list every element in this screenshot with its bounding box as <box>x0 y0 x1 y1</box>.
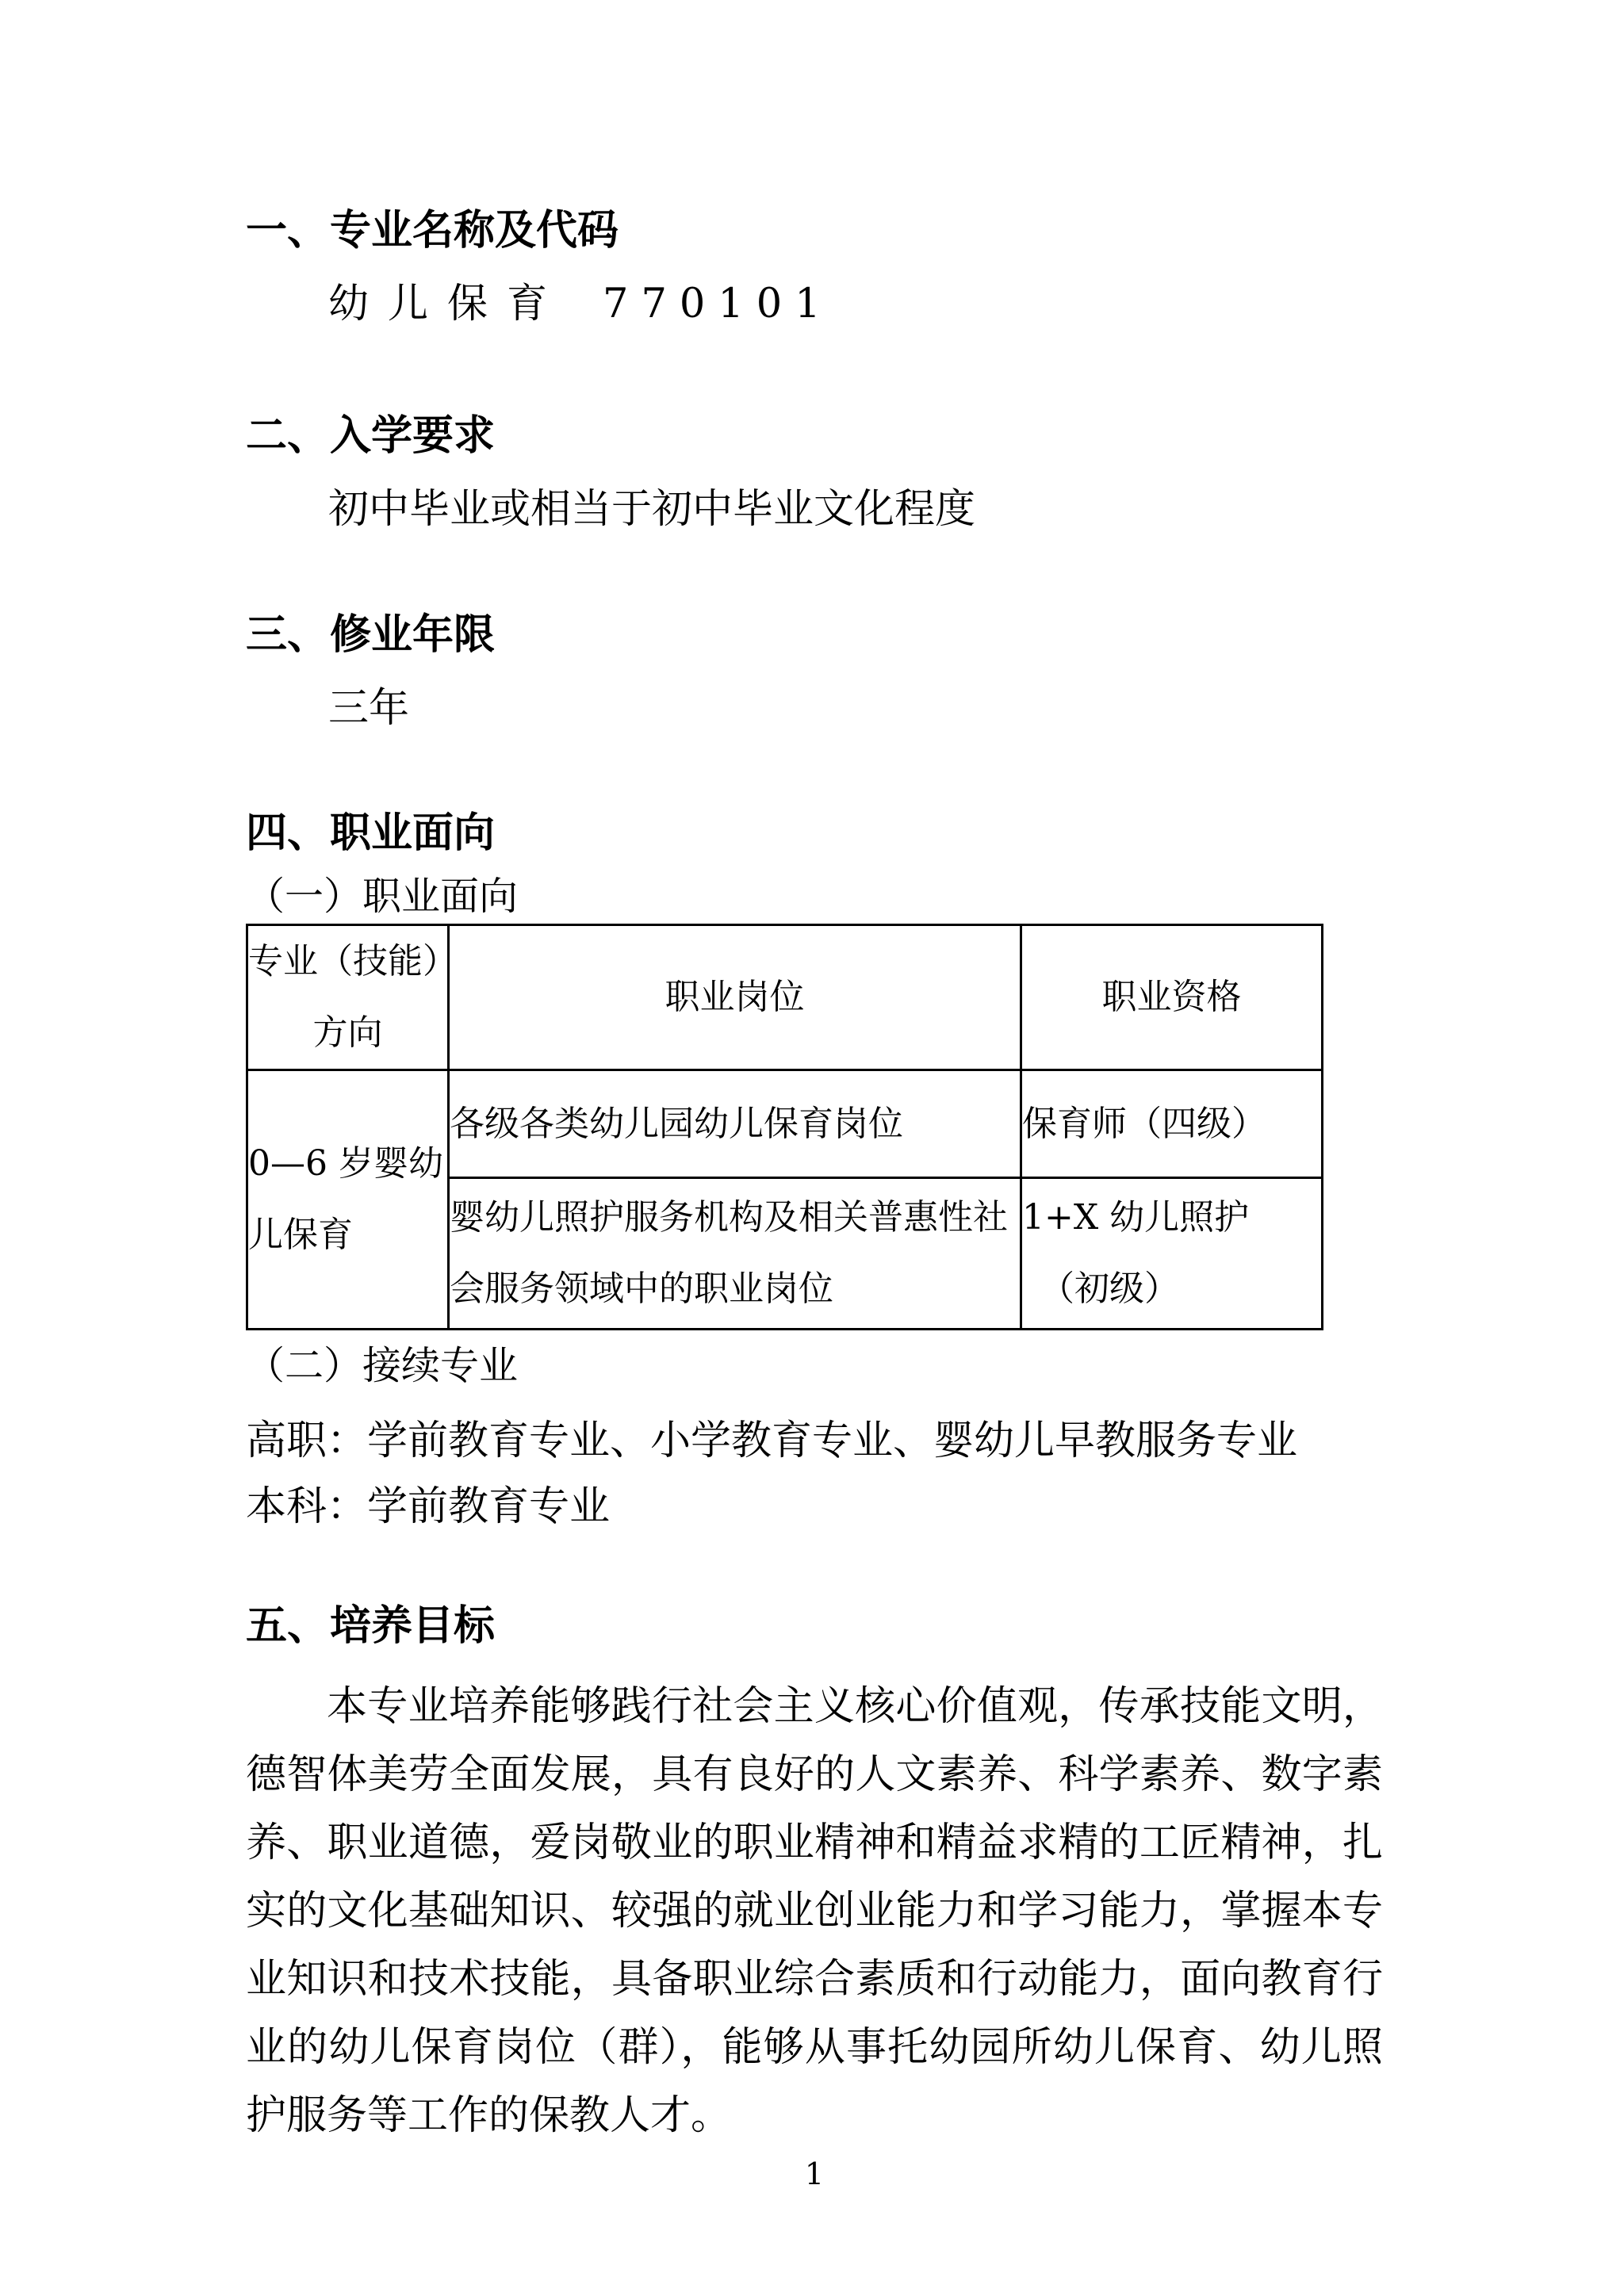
cell-job-post: 各级各类幼儿园幼儿保育岗位 <box>449 1070 1021 1178</box>
section-study-duration: 三、修业年限 三年 <box>246 609 1383 735</box>
section-title: 入学要求 <box>330 411 495 460</box>
study-duration-text: 三年 <box>246 682 1383 735</box>
undergraduate-line: 本科：学前教育专业 <box>246 1474 1383 1540</box>
section-title: 培养目标 <box>330 1601 495 1650</box>
career-orientation-table: 专业（技能） 方向 职业岗位 职业资格 0—6 岁婴幼 儿保育 各级各类幼儿园幼… <box>246 924 1323 1330</box>
section-heading: 五、培养目标 <box>246 1600 1383 1652</box>
major-code: 770101 <box>603 281 833 327</box>
job-post-line: 会服务领域中的职业岗位 <box>450 1253 1020 1325</box>
table-row: 0—6 岁婴幼 儿保育 各级各类幼儿园幼儿保育岗位 保育师（四级） <box>247 1070 1323 1178</box>
section-major-name-code: 一、专业名称及代码 幼儿保育770101 <box>246 205 1383 331</box>
section-title: 修业年限 <box>330 610 495 659</box>
header-qualifications: 职业资格 <box>1021 925 1323 1070</box>
section-heading: 三、修业年限 <box>246 609 1383 661</box>
header-line: 方向 <box>248 997 447 1069</box>
major-name-code-line: 幼儿保育770101 <box>246 277 1383 331</box>
document-page: 一、专业名称及代码 幼儿保育770101 二、入学要求 初中毕业或相当于初中毕业… <box>0 0 1624 2296</box>
direction-line: 0—6 岁婴幼 <box>248 1128 447 1200</box>
direction-line: 儿保育 <box>248 1200 447 1271</box>
cell-direction: 0—6 岁婴幼 儿保育 <box>247 1070 449 1330</box>
table-header-row: 专业（技能） 方向 职业岗位 职业资格 <box>247 925 1323 1070</box>
section-title: 专业名称及代码 <box>330 206 619 254</box>
subsection-number: （二） <box>246 1341 362 1391</box>
section-training-objectives: 五、培养目标 本专业培养能够践行社会主义核心价值观，传承技能文明，德智体美劳全面… <box>246 1600 1383 2150</box>
qualification-line: （初级） <box>1022 1253 1321 1325</box>
page-number: 1 <box>246 2156 1383 2191</box>
header-line: 专业（技能） <box>248 926 447 997</box>
subsection-title: 职业面向 <box>362 874 518 919</box>
section-heading: 四、职业面向 <box>246 807 1383 859</box>
section-number: 一、 <box>246 205 330 257</box>
section-number: 二、 <box>246 410 330 462</box>
higher-vocational-line: 高职：学前教育专业、小学教育专业、婴幼儿早教服务专业 <box>246 1408 1383 1474</box>
subsection-continuing-majors: （二）接续专业 <box>246 1341 1383 1391</box>
cell-qualification: 1+X 幼儿照护 （初级） <box>1021 1178 1323 1330</box>
major-name: 幼儿保育 <box>328 281 566 327</box>
section-heading: 一、专业名称及代码 <box>246 205 1383 257</box>
header-job-posts: 职业岗位 <box>449 925 1021 1070</box>
section-heading: 二、入学要求 <box>246 410 1383 462</box>
section-entry-requirements: 二、入学要求 初中毕业或相当于初中毕业文化程度 <box>246 410 1383 536</box>
section-number: 三、 <box>246 609 330 661</box>
qualification-line: 1+X 幼儿照护 <box>1022 1182 1321 1253</box>
subsection-title: 接续专业 <box>362 1343 518 1388</box>
subsection-number: （一） <box>246 872 362 921</box>
job-post-line: 婴幼儿照护服务机构及相关普惠性社 <box>450 1182 1020 1253</box>
cell-qualification: 保育师（四级） <box>1021 1070 1323 1178</box>
cell-job-post: 婴幼儿照护服务机构及相关普惠性社 会服务领域中的职业岗位 <box>449 1178 1021 1330</box>
header-major-skill-direction: 专业（技能） 方向 <box>247 925 449 1070</box>
section-career-orientation: 四、职业面向 （一）职业面向 专业（技能） 方向 职业岗位 职业资格 0—6 岁… <box>246 807 1383 1540</box>
subsection-career-orientation: （一）职业面向 <box>246 872 1383 921</box>
section-number: 五、 <box>246 1600 330 1652</box>
section-title: 职业面向 <box>330 809 495 857</box>
section-number: 四、 <box>246 807 330 859</box>
entry-requirements-text: 初中毕业或相当于初中毕业文化程度 <box>246 483 1383 536</box>
training-objectives-paragraph: 本专业培养能够践行社会主义核心价值观，传承技能文明，德智体美劳全面发展，具有良好… <box>246 1673 1383 2150</box>
